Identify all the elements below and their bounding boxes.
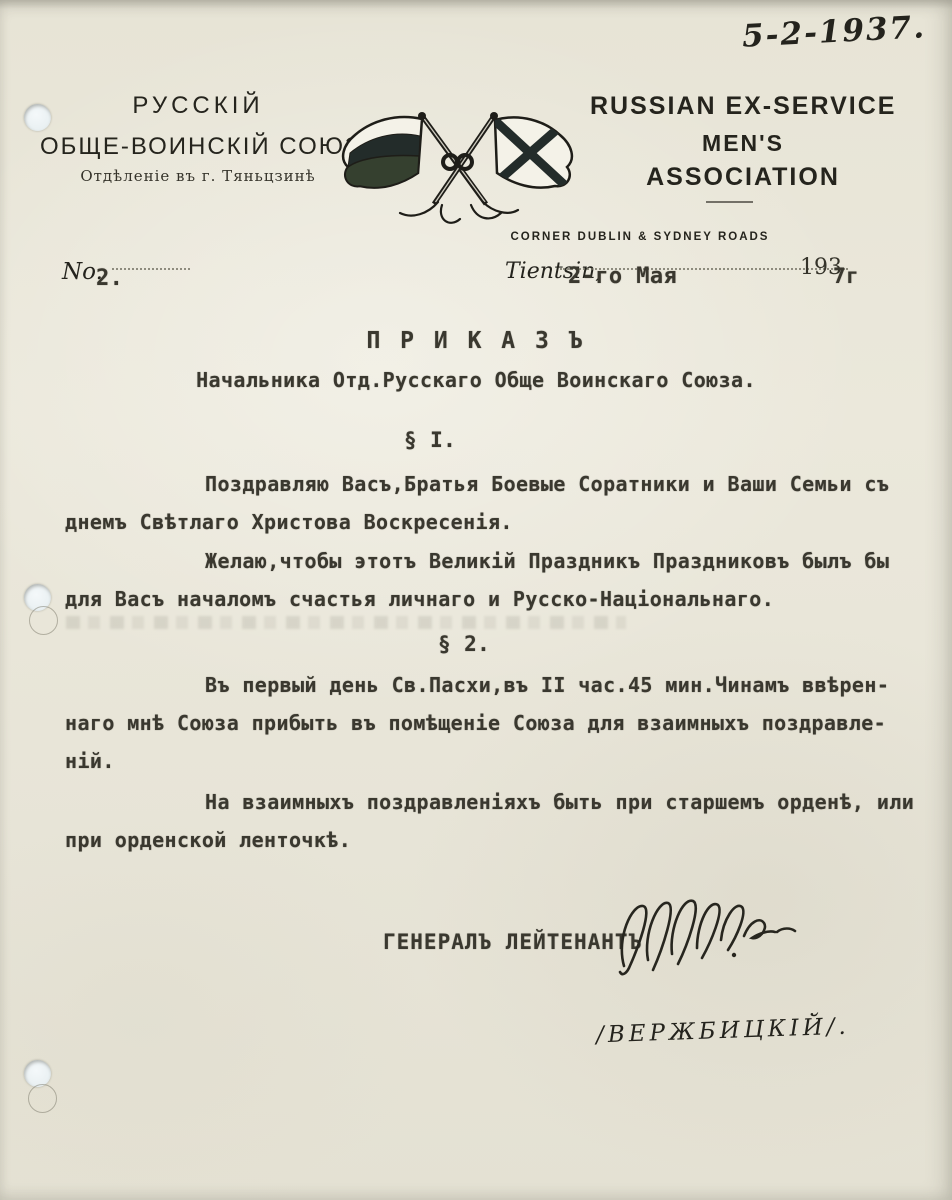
letterhead-address: CORNER DUBLIN & SYDNEY ROADS [470, 231, 810, 243]
body-line: Желаю,чтобы этотъ Великій Праздникъ Праз… [205, 549, 889, 573]
body-line: наго мнѣ Союза прибыть въ помѣщеніе Союз… [65, 711, 886, 735]
letterhead-left-line3: Отдѣленіе въ г. Тяньцзинѣ [40, 167, 356, 185]
letterhead-right-line2: MEN'S [590, 130, 896, 157]
order-title: П Р И К А З Ъ [0, 328, 952, 354]
ref-dotted-line [112, 268, 190, 270]
handwritten-name: /ВЕРЖБИЦКІЙ/. [596, 1014, 851, 1049]
body-line: Въ первый день Св.Пасхи,въ II час.45 мин… [205, 673, 889, 697]
handwritten-signature [612, 892, 802, 988]
body-line: На взаимныхъ поздравленіяхъ быть при ста… [205, 790, 914, 814]
signature-rank-label: ГЕНЕРАЛЪ ЛЕЙТЕНАНТЪ [383, 930, 642, 954]
body-line: днемъ Свѣтлаго Христова Воскресенія. [65, 510, 513, 534]
crossed-flags-emblem-icon [338, 110, 576, 242]
section2-heading: § 2. [438, 632, 490, 656]
typed-year-suffix: 7г [833, 264, 859, 288]
letterhead-divider [706, 201, 753, 203]
body-line: при орденской ленточкѣ. [65, 828, 351, 852]
section1-heading: § I. [404, 428, 456, 452]
typed-date: 2-го Мая [568, 264, 677, 289]
punch-hole-bottom [24, 1060, 51, 1087]
order-subtitle: Начальника Отд.Русскаго Обще Воинскаго С… [0, 368, 952, 392]
letterhead-right-line1: RUSSIAN EX-SERVICE [590, 92, 896, 121]
scan-edge-shading [0, 0, 952, 9]
scanned-document-page: 5-2-1937. РУССКІЙ ОБЩЕ-ВОИНСКІЙ СОЮЗЪ От… [0, 0, 952, 1200]
letterhead-left-line2: ОБЩЕ-ВОИНСКІЙ СОЮЗЪ [40, 133, 356, 161]
letterhead-right-line3: ASSOCIATION [590, 163, 896, 192]
punch-hole-ghost-ring-middle [29, 606, 58, 635]
punch-hole-top [24, 104, 51, 131]
offset-print-smudge [66, 616, 626, 629]
letterhead-left-line1: РУССКІЙ [60, 92, 336, 120]
punch-hole-ghost-ring-bottom [28, 1084, 57, 1113]
body-line: ній. [65, 749, 115, 773]
body-line: Поздравляю Васъ,Братья Боевые Соратники … [205, 472, 889, 496]
body-line: для Васъ началомъ счастья личнаго и Русс… [65, 587, 774, 611]
handwritten-date: 5-2-1937. [741, 9, 927, 55]
